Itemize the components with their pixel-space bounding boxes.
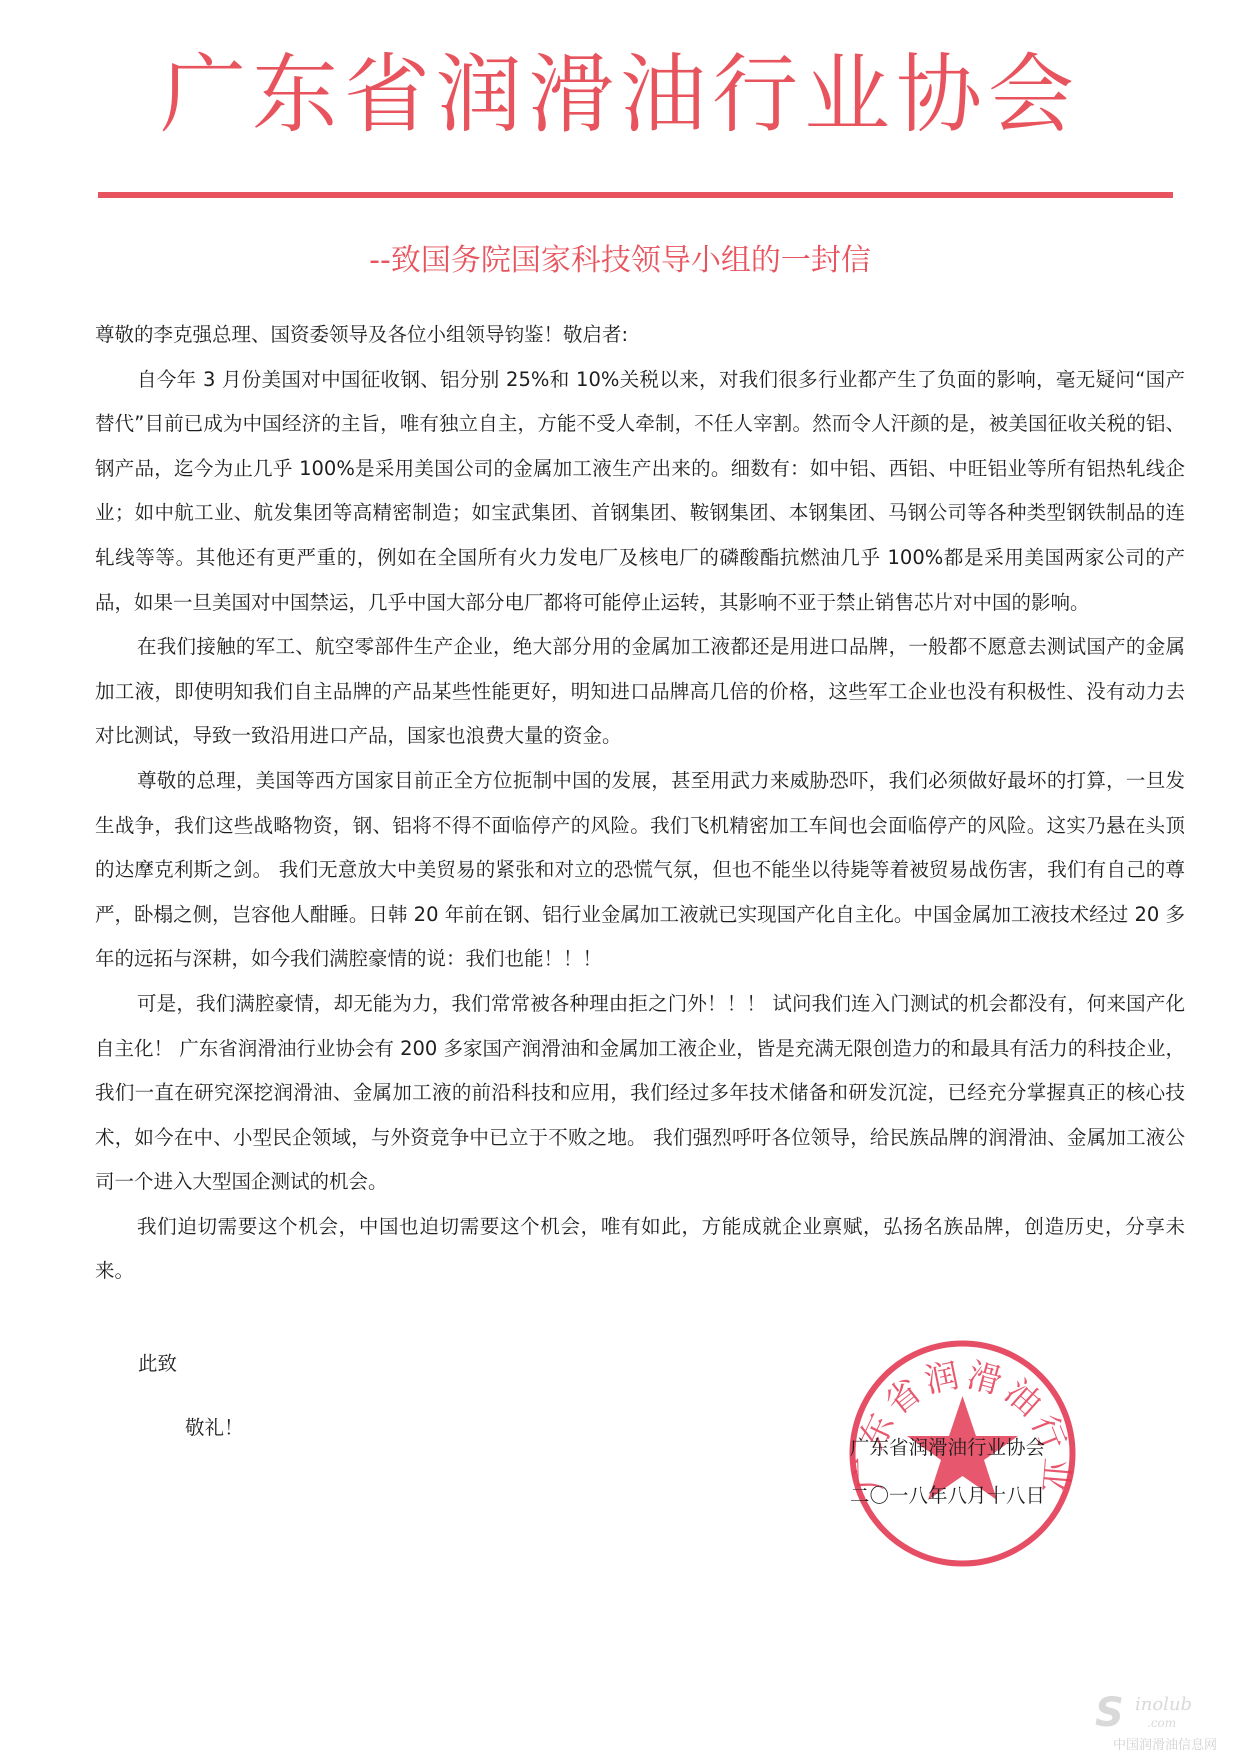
closing-line-2: 敬礼！ bbox=[185, 1412, 244, 1440]
closing-line-1: 此致 bbox=[138, 1348, 177, 1376]
paragraph-1: 自今年 3 月份美国对中国征收钢、铝分别 25%和 10%关税以来，对我们很多行… bbox=[95, 358, 1185, 626]
signature-date: 二〇一八年八月十八日 bbox=[850, 1480, 1045, 1508]
paragraph-5: 我们迫切需要这个机会，中国也迫切需要这个机会，唯有如此，方能成就企业禀赋，弘扬名… bbox=[95, 1205, 1185, 1294]
watermark-site-name: 中国润滑油信息网 bbox=[1095, 1734, 1235, 1753]
paragraph-3: 尊敬的总理，美国等西方国家目前正全方位扼制中国的发展，甚至用武力来威胁恐吓，我们… bbox=[95, 759, 1185, 982]
watermark-domain: .com bbox=[1147, 1716, 1176, 1730]
paragraph-4: 可是，我们满腔豪情，却无能为力，我们常常被各种理由拒之门外！！！ 试问我们连入门… bbox=[95, 982, 1185, 1205]
letter-body: 尊敬的李克强总理、国资委领导及各位小组领导钧鉴！敬启者: 自今年 3 月份美国对… bbox=[95, 313, 1185, 1294]
site-watermark: S inolub .com 中国润滑油信息网 bbox=[1095, 1690, 1235, 1754]
watermark-brand: inolub bbox=[1135, 1694, 1192, 1715]
salutation: 尊敬的李克强总理、国资委领导及各位小组领导钧鉴！敬启者: bbox=[95, 313, 1185, 358]
watermark-logo-icon: S bbox=[1095, 1690, 1124, 1736]
letterhead-divider bbox=[98, 192, 1173, 198]
letter-subtitle: --致国务院国家科技领导小组的一封信 bbox=[0, 246, 1240, 276]
paragraph-2: 在我们接触的军工、航空零部件生产企业，绝大部分用的金属加工液都还是用进口品牌，一… bbox=[95, 625, 1185, 759]
letterhead-org-name: 广东省润滑油行业协会 bbox=[0, 52, 1240, 138]
signature-org: 广东省润滑油行业协会 bbox=[850, 1432, 1045, 1460]
